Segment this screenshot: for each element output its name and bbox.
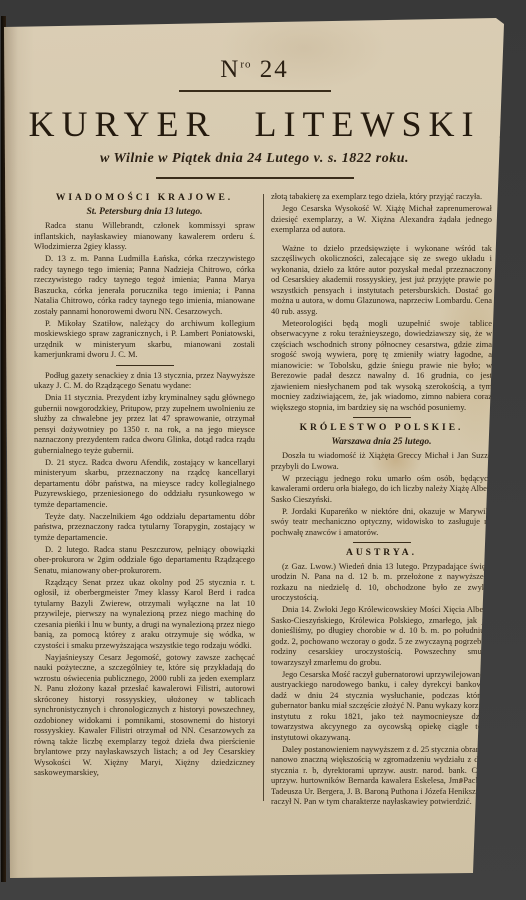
news-paragraph: Rządzący Senat przez ukaz okolny pod 25 … bbox=[34, 578, 255, 652]
issue-value: 24 bbox=[260, 56, 289, 83]
news-paragraph: P. Mikołay Szatiłow, należący do archiwu… bbox=[34, 319, 255, 361]
section-heading-polskie: KRÓLESTWO POLSKIE. bbox=[271, 423, 492, 434]
news-paragraph: D. 2 lutego. Radca stanu Peszczurow, peł… bbox=[34, 545, 255, 577]
news-paragraph: D. 21 stycz. Radca dworu Afendik, zostaj… bbox=[34, 458, 255, 511]
news-paragraph: Dnia 14. Zwłoki Jego Królewicowskiey Moś… bbox=[271, 605, 492, 668]
warszawa-dateline: Warszawa dnia 25 lutego. bbox=[271, 437, 492, 448]
news-paragraph: W przeciągu jednego roku umarło ośm osób… bbox=[271, 474, 492, 506]
separator-rule bbox=[353, 417, 411, 418]
issue-superscript: ro bbox=[240, 59, 251, 71]
news-paragraph: Nayjaśnieyszy Cesarz Jegomość, gotowy za… bbox=[34, 653, 255, 779]
news-paragraph: Radca stanu Willebrandt, członek kommiss… bbox=[34, 221, 255, 253]
separator-rule bbox=[353, 542, 411, 543]
news-paragraph: P. Jordaki Kupareńko w niektóre dni, oka… bbox=[271, 507, 492, 539]
masthead: Nro 24 KURYER LITEWSKI w Wilnie w Piątek… bbox=[4, 18, 505, 179]
news-paragraph: Daley postanowieniem naywyższem z d. 25 … bbox=[271, 745, 492, 808]
masthead-dateline: w Wilnie w Piątek dnia 24 Lutego v. s. 1… bbox=[4, 151, 505, 167]
separator-rule bbox=[116, 365, 174, 366]
column-divider-rule bbox=[263, 194, 264, 801]
stray-ink-mark bbox=[500, 126, 505, 138]
section-heading-krajowe: WIADOMOŚCI KRAJOWE. bbox=[34, 193, 255, 204]
issue-prefix: N bbox=[220, 56, 240, 83]
newspaper-title: KURYER LITEWSKI bbox=[4, 104, 505, 144]
news-paragraph: Doszła tu wiadomość iż Xiążęta Greccy Mi… bbox=[271, 451, 492, 472]
news-paragraph: D. 13 z. m. Panna Ludmilla Łańska, córka… bbox=[34, 254, 255, 317]
news-paragraph: Ważne to dzieło przedsięwzięte i wykonan… bbox=[271, 244, 492, 318]
news-paragraph: Meteorologiści będą mogli uzupełnić swoj… bbox=[271, 319, 492, 414]
news-paragraph-continuation: złotą tabakierę za exemplarz tego dzieła… bbox=[271, 192, 492, 203]
petersburg-dateline: St. Petersburg dnia 13 lutego. bbox=[34, 207, 255, 218]
foxing-spot bbox=[459, 778, 463, 783]
news-paragraph: Jego Cesarska Wysokość W. Xiążę Michał z… bbox=[271, 204, 492, 236]
left-column: WIADOMOŚCI KRAJOWE. St. Petersburg dnia … bbox=[34, 192, 255, 809]
right-column: złotą tabakierę za exemplarz tego dzieła… bbox=[271, 192, 492, 809]
newspaper-scan: Nro 24 KURYER LITEWSKI w Wilnie w Piątek… bbox=[0, 0, 526, 900]
issue-rule bbox=[179, 90, 331, 92]
article-columns: WIADOMOŚCI KRAJOWE. St. Petersburg dnia … bbox=[4, 179, 505, 809]
news-paragraph: Dnia 11 stycznia. Prezydent izby krymina… bbox=[34, 393, 255, 456]
news-paragraph: Teyże daty. Naczelnikiem 4go oddziału de… bbox=[34, 512, 255, 544]
issue-number: Nro 24 bbox=[4, 56, 505, 84]
section-heading-austrya: AUSTRYA. bbox=[271, 548, 492, 559]
news-paragraph: Jego Cesarska Mość raczył gubernatorowi … bbox=[271, 670, 492, 744]
news-paragraph: Podług gazety senackiey z dnia 13 styczn… bbox=[34, 371, 255, 392]
newspaper-page: Nro 24 KURYER LITEWSKI w Wilnie w Piątek… bbox=[4, 18, 505, 878]
news-paragraph: (z Gaz. Lwow.) Wiedeń dnia 13 lutego. Pr… bbox=[271, 562, 492, 604]
